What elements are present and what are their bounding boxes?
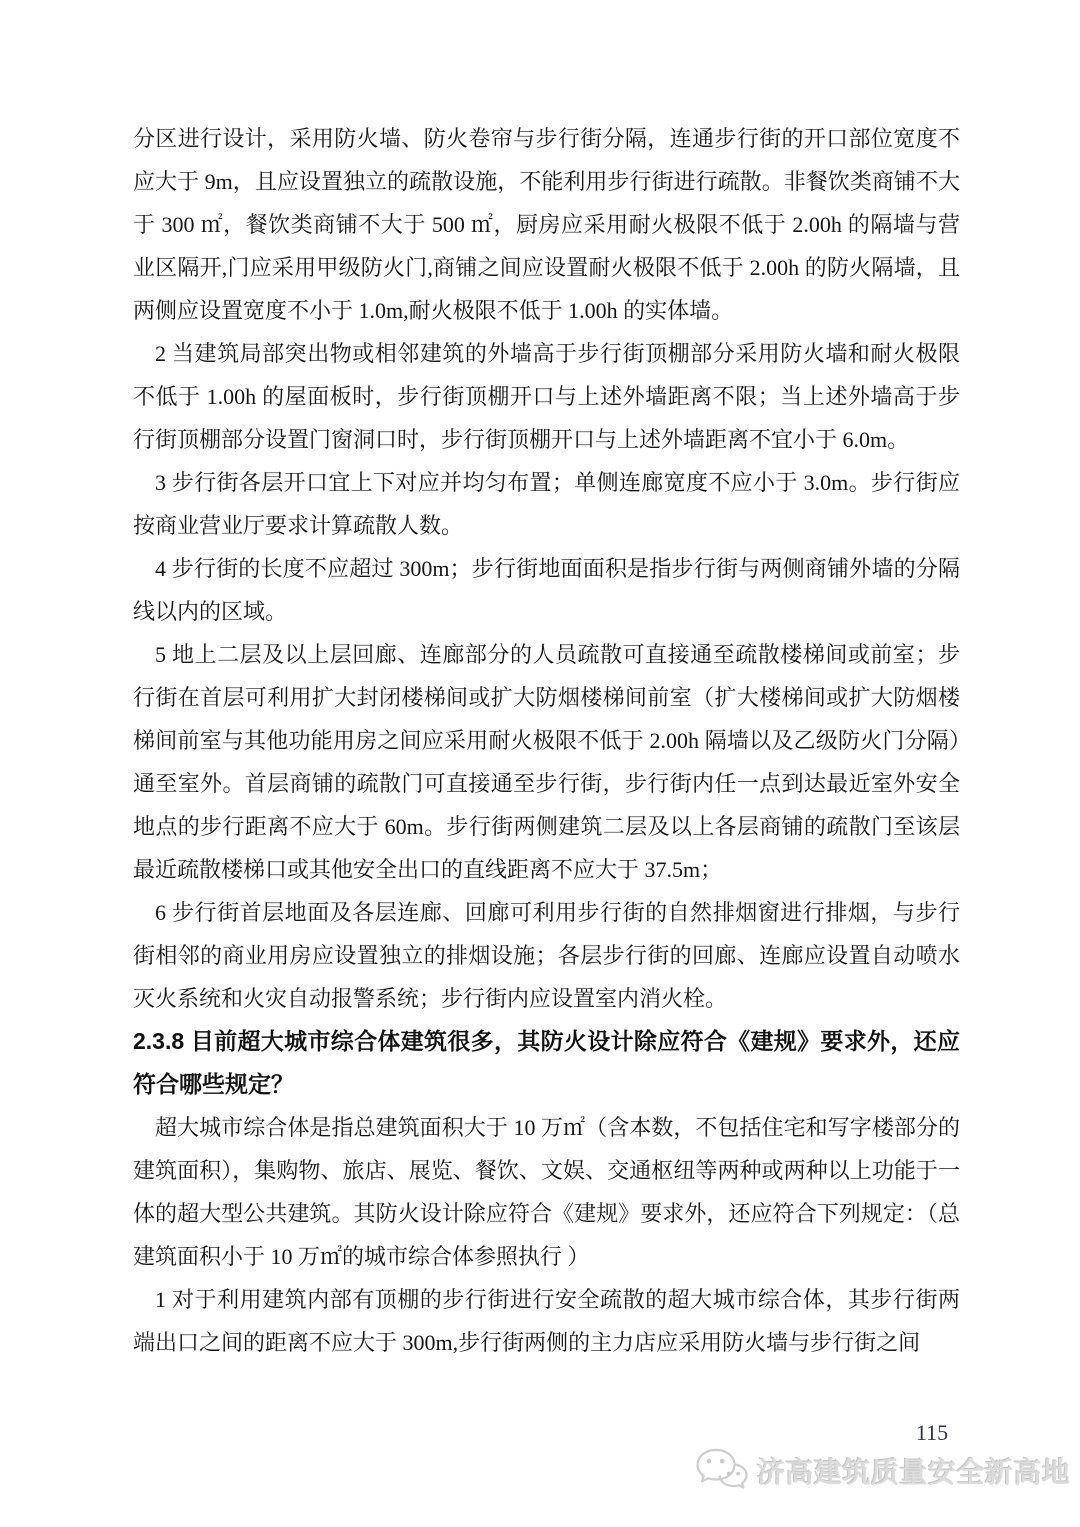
watermark-label: 济高建筑质量安全新高地 — [757, 1451, 1071, 1491]
body-paragraph-rule-6: 6 步行街首层地面及各层连廊、回廊可利用步行街的自然排烟窗进行排烟，与步行街相邻… — [133, 891, 960, 1020]
text-block: 分区进行设计，采用防火墙、防火卷帘与步行街分隔，连通步行街的开口部位宽度不应大于… — [133, 117, 960, 1364]
body-paragraph-definition: 超大城市综合体是指总建筑面积大于 10 万㎡（含本数，不包括住宅和写字楼部分的建… — [133, 1106, 960, 1278]
body-paragraph-rule-1: 1 对于利用建筑内部有顶棚的步行街进行安全疏散的超大城市综合体，其步行街两端出口… — [133, 1278, 960, 1364]
document-page: 分区进行设计，采用防火墙、防火卷帘与步行街分隔，连通步行街的开口部位宽度不应大于… — [0, 0, 1080, 1527]
section-heading-2-3-8: 2.3.8 目前超大城市综合体建筑很多，其防火设计除应符合《建规》要求外，还应符… — [133, 1020, 960, 1106]
body-paragraph-rule-2: 2 当建筑局部突出物或相邻建筑的外墙高于步行街顶棚部分采用防火墙和耐火极限不低于… — [133, 332, 960, 461]
body-paragraph-rule-5: 5 地上二层及以上层回廊、连廊部分的人员疏散可直接通至疏散楼梯间或前室；步行街在… — [133, 633, 960, 891]
page-number: 115 — [900, 1420, 964, 1446]
official-account-watermark: 济高建筑质量安全新高地 — [694, 1447, 1071, 1495]
wechat-icon — [694, 1447, 750, 1495]
body-paragraph-rule-4: 4 步行街的长度不应超过 300m；步行街地面面积是指步行街与两侧商铺外墙的分隔… — [133, 547, 960, 633]
body-paragraph-rule-3: 3 步行街各层开口宜上下对应并均匀布置；单侧连廊宽度不应小于 3.0m。步行街应… — [133, 461, 960, 547]
body-paragraph-continuation: 分区进行设计，采用防火墙、防火卷帘与步行街分隔，连通步行街的开口部位宽度不应大于… — [133, 117, 960, 332]
